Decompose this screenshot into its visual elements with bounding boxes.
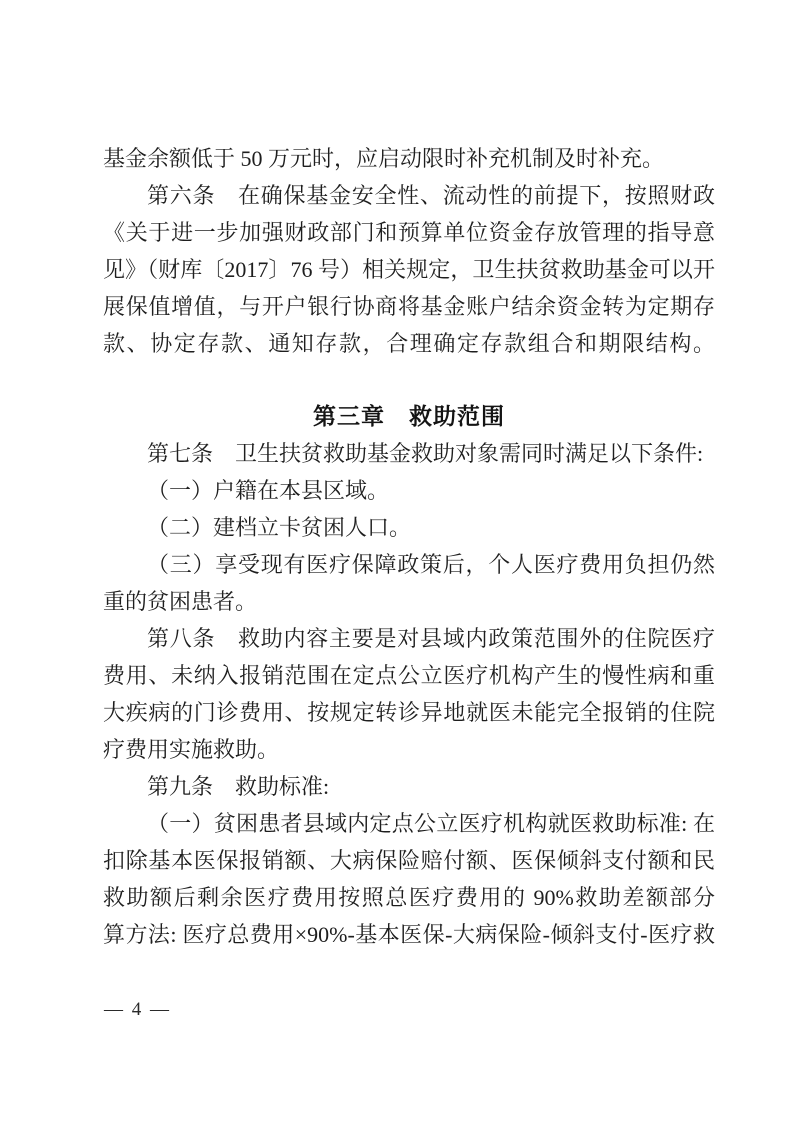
paragraph: 第六条 在确保基金安全性、流动性的前提下，按照财政部《关于进一步加强财政部门和预… xyxy=(103,177,715,362)
text-line: 第七条 卫生扶贫救助基金救助对象需同时满足以下条件: xyxy=(103,435,715,472)
document-page: 基金余额低于 50 万元时，应启动限时补充机制及时补充。第六条 在确保基金安全性… xyxy=(0,0,793,1122)
text-line: 扣除基本医保报销额、大病保险赔付额、医保倾斜支付额和民政 xyxy=(103,842,715,879)
text-line: 费用、未纳入报销范围在定点公立医疗机构产生的慢性病和重特 xyxy=(103,657,715,694)
text-line: 大疾病的门诊费用、按规定转诊异地就医未能完全报销的住院医 xyxy=(103,694,715,731)
page-number: — 4 — xyxy=(104,999,171,1020)
paragraph: 第七条 卫生扶贫救助基金救助对象需同时满足以下条件: xyxy=(103,435,715,472)
text-line: （三）享受现有医疗保障政策后，个人医疗费用负担仍然较 xyxy=(103,546,715,583)
text-line: 基金余额低于 50 万元时，应启动限时补充机制及时补充。 xyxy=(103,140,715,177)
paragraph: 第九条 救助标准: xyxy=(103,768,715,805)
document-body: 基金余额低于 50 万元时，应启动限时补充机制及时补充。第六条 在确保基金安全性… xyxy=(103,140,715,953)
text-line: 救助额后剩余医疗费用按照总医疗费用的 90%救助差额部分（计 xyxy=(103,879,715,916)
text-line: （一）户籍在本县区域。 xyxy=(103,472,715,509)
text-line: 见》（财库〔2017〕76 号）相关规定，卫生扶贫救助基金可以开 xyxy=(103,251,715,288)
text-line: 款、协定存款、通知存款，合理确定存款组合和期限结构。 xyxy=(103,325,715,362)
text-line: （二）建档立卡贫困人口。 xyxy=(103,509,715,546)
page-footer: — 4 — xyxy=(104,998,171,1022)
text-line: 展保值增值，与开户银行协商将基金账户结余资金转为定期存 xyxy=(103,288,715,325)
chapter-heading: 第三章 救助范围 xyxy=(103,398,715,435)
text-line: （一）贫困患者县域内定点公立医疗机构就医救助标准: 在 xyxy=(103,805,715,842)
text-line: 第六条 在确保基金安全性、流动性的前提下，按照财政部 xyxy=(103,177,715,214)
paragraph: （一）户籍在本县区域。 xyxy=(103,472,715,509)
text-line: 第八条 救助内容主要是对县域内政策范围外的住院医疗 xyxy=(103,620,715,657)
text-line: 《关于进一步加强财政部门和预算单位资金存放管理的指导意 xyxy=(103,214,715,251)
text-line: 疗费用实施救助。 xyxy=(103,731,715,768)
text-line: 第九条 救助标准: xyxy=(103,768,715,805)
paragraph: 第八条 救助内容主要是对县域内政策范围外的住院医疗费用、未纳入报销范围在定点公立… xyxy=(103,620,715,768)
paragraph: 基金余额低于 50 万元时，应启动限时补充机制及时补充。 xyxy=(103,140,715,177)
paragraph: （二）建档立卡贫困人口。 xyxy=(103,509,715,546)
paragraph: （一）贫困患者县域内定点公立医疗机构就医救助标准: 在扣除基本医保报销额、大病保… xyxy=(103,805,715,953)
text-line: 算方法: 医疗总费用×90%-基本医保-大病保险-倾斜支付-医疗救 xyxy=(103,916,715,953)
text-line: 重的贫困患者。 xyxy=(103,583,715,620)
paragraph: （三）享受现有医疗保障政策后，个人医疗费用负担仍然较重的贫困患者。 xyxy=(103,546,715,620)
